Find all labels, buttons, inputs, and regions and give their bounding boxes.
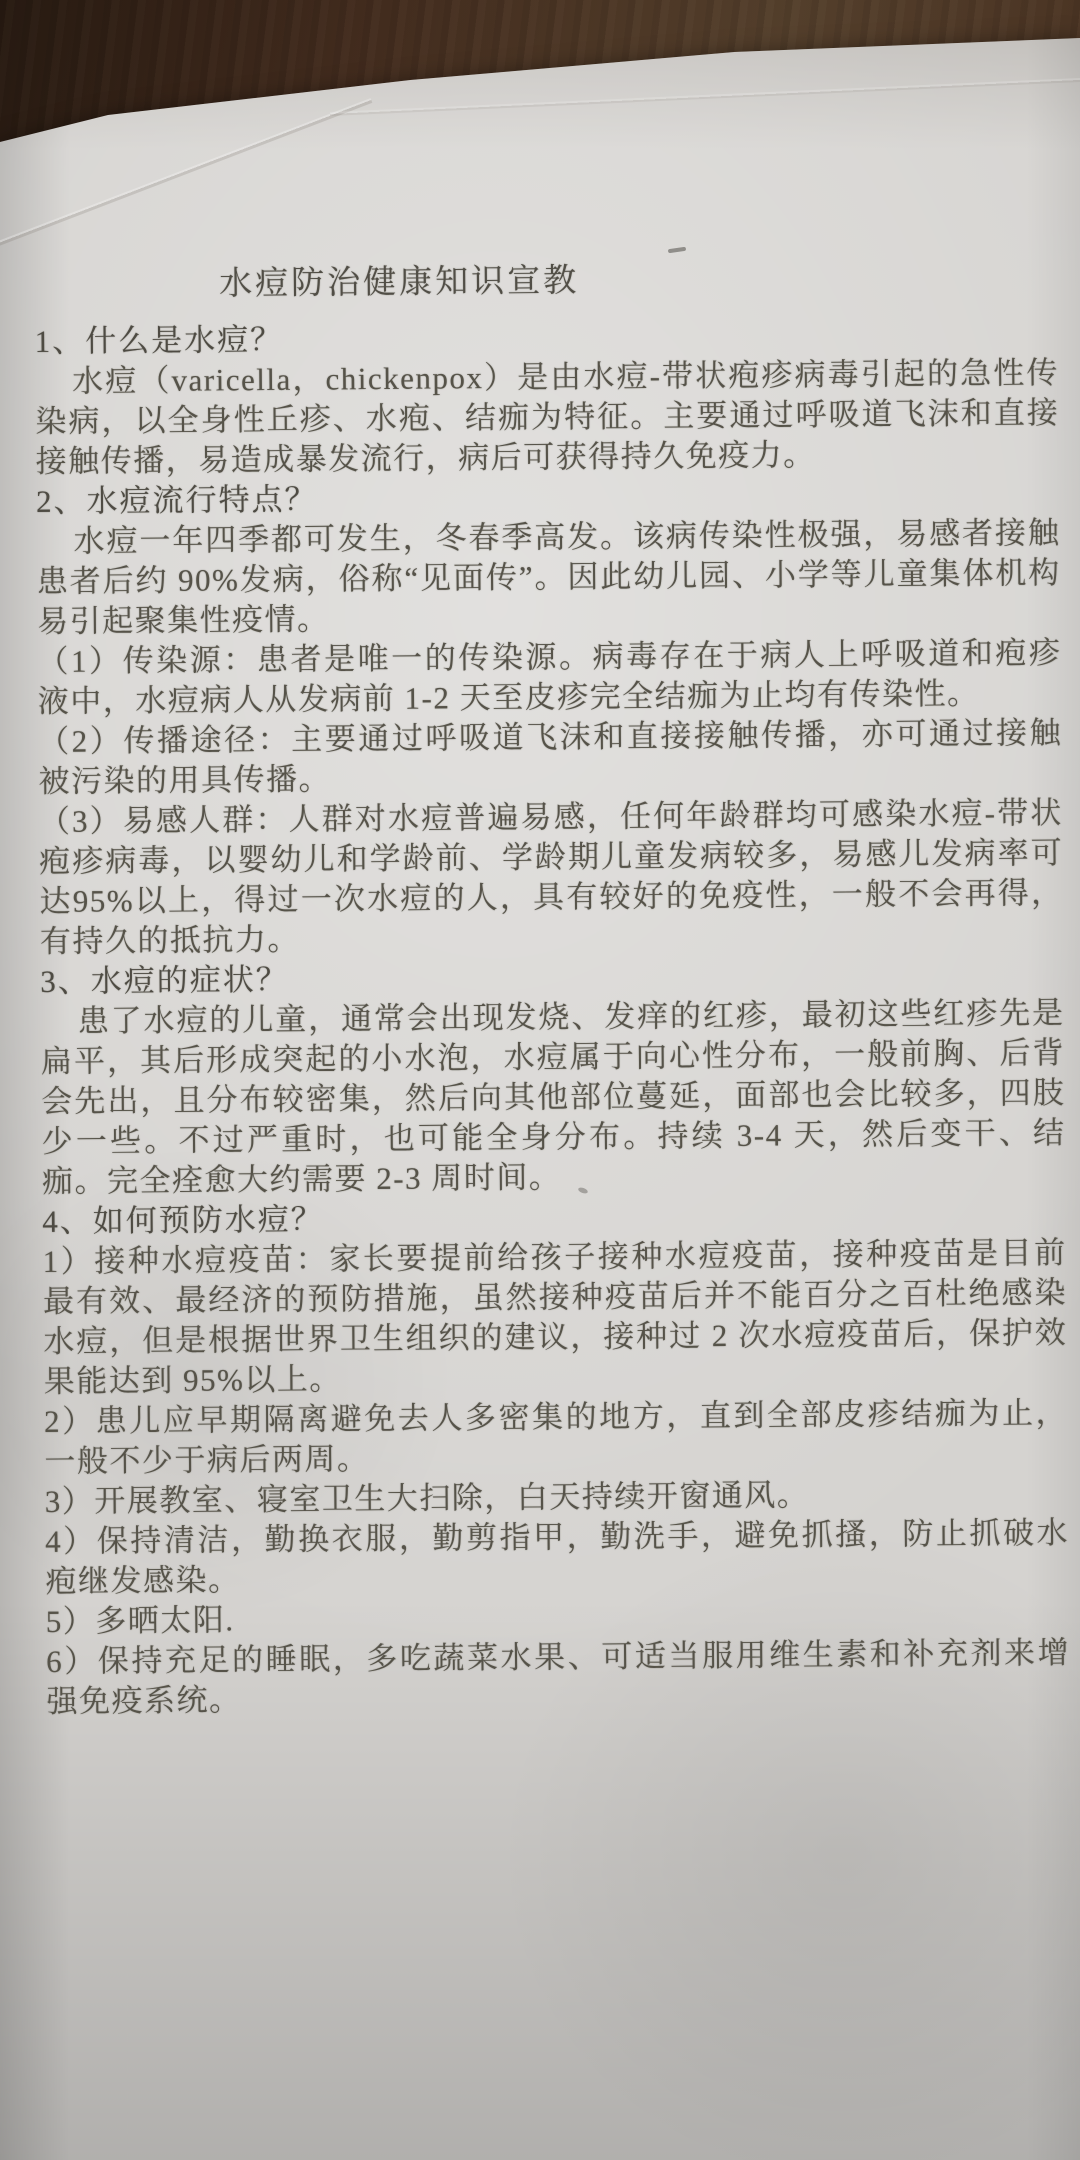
section-2-paragraph-4: （3）易感人群：人群对水痘普遍易感，任何年龄群均可感染水痘-带状疱疹病毒，以婴幼… <box>39 793 1064 962</box>
section-4-item-4: 4）保持清洁，勤换衣服，勤剪指甲，勤洗手，避免抓搔，防止抓破水疱继发感染。 <box>45 1513 1070 1602</box>
section-2-paragraph-3: （2）传播途径：主要通过呼吸道飞沫和直接接触传播，亦可通过接触被污染的用具传播。 <box>38 713 1063 802</box>
section-3-paragraph-1: 患了水痘的儿童，通常会出现发烧、发痒的红疹，最初这些红疹先是扁平，其后形成突起的… <box>40 993 1066 1202</box>
section-2-paragraph-1: 水痘一年四季都可发生，冬春季高发。该病传染性极强，易感者接触患者后约 90%发病… <box>36 513 1061 642</box>
document-title: 水痘防治健康知识宣教 <box>219 261 579 304</box>
section-4-item-1: 1）接种水痘疫苗：家长要提前给孩子接种水痘疫苗，接种疫苗是目前最有效、最经济的预… <box>43 1233 1068 1402</box>
paper-sheet: 水痘防治健康知识宣教 1、什么是水痘？ 水痘（varicella，chicken… <box>0 0 1080 2160</box>
title-row: 水痘防治健康知识宣教 <box>34 260 764 322</box>
photo-smudge <box>668 247 686 253</box>
section-4-item-6: 6）保持充足的睡眠，多吃蔬菜水果、可适当服用维生素和补充剂来增强免疫系统。 <box>46 1633 1071 1722</box>
section-4-item-2: 2）患儿应早期隔离避免去人多密集的地方，直到全部皮疹结痂为止，一般不少于病后两周… <box>44 1393 1069 1482</box>
paper-crease <box>330 78 1080 116</box>
paper-shadow-wrapper: 水痘防治健康知识宣教 1、什么是水痘？ 水痘（varicella，chicken… <box>0 0 1080 2160</box>
document-content: 水痘防治健康知识宣教 1、什么是水痘？ 水痘（varicella，chicken… <box>34 257 1071 1722</box>
photo-of-document: 水痘防治健康知识宣教 1、什么是水痘？ 水痘（varicella，chicken… <box>0 0 1080 2160</box>
section-1-paragraph-1: 水痘（varicella，chickenpox）是由水痘-带状疱疹病毒引起的急性… <box>35 353 1060 482</box>
paper-crease <box>0 98 372 257</box>
section-2-paragraph-2: （1）传染源：患者是唯一的传染源。病毒存在于病人上呼吸道和疱疹液中，水痘病人从发… <box>37 633 1062 722</box>
